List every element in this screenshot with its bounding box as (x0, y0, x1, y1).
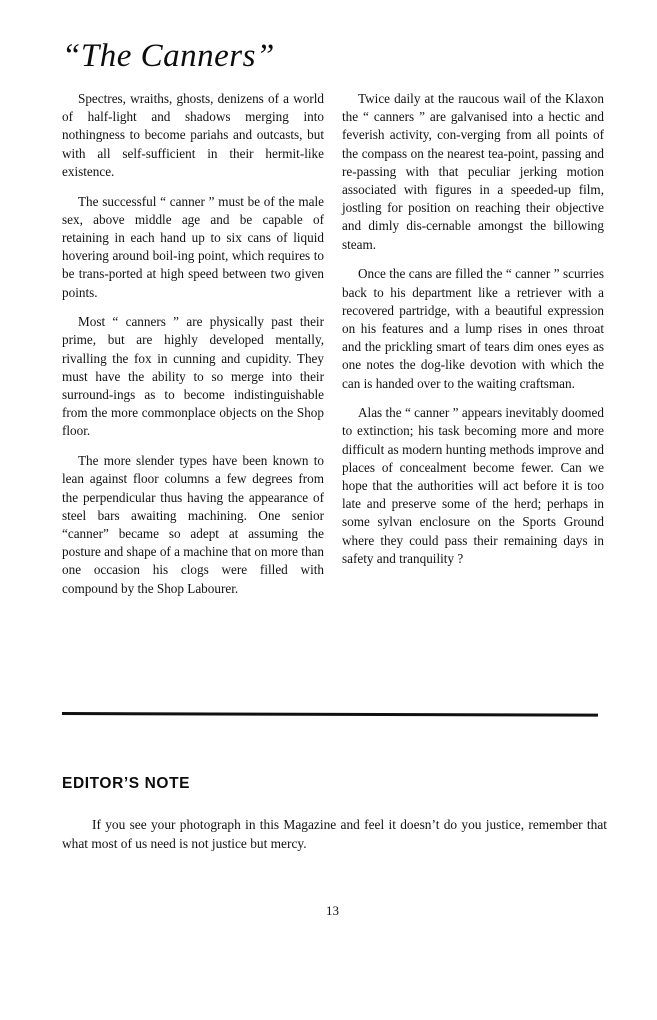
left-column: Spectres, wraiths, ghosts, denizens of a… (62, 90, 324, 609)
paragraph: The successful “ canner ” must be of the… (62, 193, 324, 302)
article-title: “The Canners” (62, 38, 275, 75)
paragraph: Most “ canners ” are physically past the… (62, 313, 324, 440)
editors-note-heading: EDITOR’S NOTE (62, 775, 190, 793)
paragraph: Alas the “ canner ” appears inevitably d… (342, 404, 604, 568)
editors-note-body: If you see your photograph in this Magaz… (62, 815, 607, 853)
paragraph: Spectres, wraiths, ghosts, denizens of a… (62, 90, 324, 181)
paragraph: Twice daily at the raucous wail of the K… (342, 90, 604, 254)
paragraph: The more slender types have been known t… (62, 452, 324, 598)
paragraph: Once the cans are filled the “ canner ” … (342, 265, 604, 392)
section-divider (62, 712, 598, 717)
page-number: 13 (326, 903, 339, 919)
right-column: Twice daily at the raucous wail of the K… (342, 90, 604, 580)
